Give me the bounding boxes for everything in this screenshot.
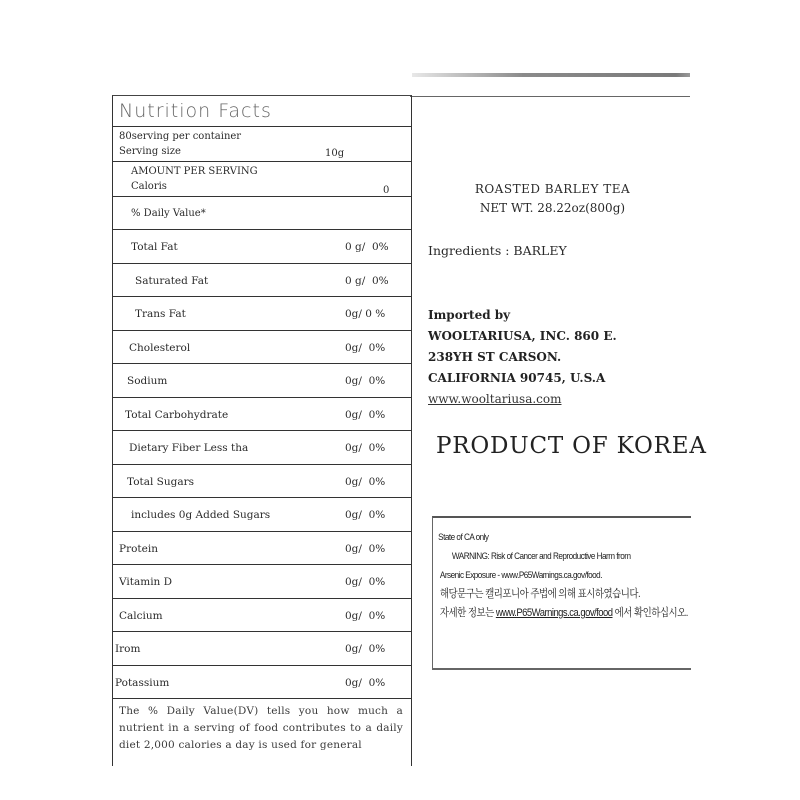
- nutrition-facts-title: Nutrition Facts: [113, 96, 411, 127]
- nutrient-amount: 0g/ 0%: [345, 342, 385, 354]
- nutrient-row: Dietary Fiber Less tha0g/ 0%: [113, 431, 411, 465]
- nutrition-facts-panel: Nutrition Facts 80serving per container …: [112, 95, 412, 766]
- importer-website-link[interactable]: www.wooltariusa.com: [428, 392, 562, 406]
- ingredients: Ingredients : BARLEY: [428, 243, 567, 258]
- importer-line-1: WOOLTARIUSA, INC. 860 E.: [428, 326, 617, 347]
- top-edge-line: [412, 73, 690, 77]
- nutrient-amount: 0g/ 0%: [345, 476, 385, 488]
- warning-text-1: WARNING: Risk of Cancer and Reproductive…: [433, 547, 655, 566]
- nutrient-amount: 0g/ 0%: [345, 409, 385, 421]
- net-weight: NET WT. 28.22oz(800g): [410, 199, 695, 218]
- daily-value-footnote: The % Daily Value(DV) tells you how much…: [113, 699, 411, 754]
- nutrient-label: Vitamin D: [119, 576, 172, 588]
- nutrient-label: Trans Fat: [135, 308, 186, 320]
- nutrient-label: Dietary Fiber Less tha: [129, 442, 248, 454]
- amount-per-serving: AMOUNT PER SERVING Caloris 0: [113, 162, 411, 197]
- calories-value: 0: [383, 183, 389, 198]
- warning-korean-suffix: 에서 확인하십시오.: [612, 607, 687, 619]
- nutrient-row: Trans Fat0g/ 0 %: [113, 297, 411, 331]
- nutrient-amount: 0g/ 0%: [345, 610, 385, 622]
- nutrient-label: Sodium: [127, 375, 167, 387]
- nutrient-row: Total Fat0 g/ 0%: [113, 230, 411, 264]
- amount-per-serving-label: AMOUNT PER SERVING: [131, 164, 405, 179]
- nutrient-amount: 0g/ 0%: [345, 509, 385, 521]
- nutrient-label: Total Carbohydrate: [125, 409, 228, 421]
- serving-info: 80serving per container Serving size 10g: [113, 127, 411, 162]
- serving-size-label: Serving size: [119, 144, 405, 159]
- nutrient-label: Potassium: [115, 677, 169, 689]
- nutrient-amount: 0 g/ 0%: [345, 241, 389, 253]
- nutrient-label: Total Sugars: [127, 476, 194, 488]
- nutrient-amount: 0g/ 0%: [345, 375, 385, 387]
- nutrient-rows: Total Fat0 g/ 0%Saturated Fat0 g/ 0%Tran…: [113, 230, 411, 699]
- nutrient-label: Saturated Fat: [135, 275, 208, 287]
- nutrient-row: Sodium0g/ 0%: [113, 364, 411, 398]
- nutrient-row: Irom0g/ 0%: [113, 632, 411, 666]
- warning-korean-prefix: 자세한 정보는: [440, 607, 496, 619]
- product-name: ROASTED BARLEY TEA: [410, 180, 695, 199]
- nutrient-label: Total Fat: [131, 241, 178, 253]
- daily-value-header: % Daily Value*: [113, 197, 411, 230]
- right-panel-top-border: [410, 96, 690, 97]
- nutrient-amount: 0g/ 0%: [345, 543, 385, 555]
- nutrient-label: Protein: [119, 543, 158, 555]
- warning-text-2: Arsenic Exposure - www.P65Warnings.ca.go…: [433, 566, 655, 585]
- warning-state-note: State of CA only: [433, 528, 655, 547]
- servings-per-container: 80serving per container: [119, 129, 405, 144]
- calories-label: Caloris: [131, 179, 405, 194]
- nutrient-amount: 0g/ 0 %: [345, 308, 385, 320]
- serving-size-value: 10g: [325, 146, 344, 161]
- nutrient-row: Potassium0g/ 0%: [113, 666, 411, 700]
- nutrient-amount: 0g/ 0%: [345, 643, 385, 655]
- p65-warnings-link[interactable]: www.P65Warnings.ca.gov/food: [496, 607, 613, 619]
- nutrient-label: includes 0g Added Sugars: [131, 509, 270, 521]
- nutrient-row: Total Sugars0g/ 0%: [113, 465, 411, 499]
- importer-heading: Imported by: [428, 305, 617, 326]
- nutrient-amount: 0g/ 0%: [345, 677, 385, 689]
- daily-value-label: % Daily Value*: [131, 206, 206, 221]
- nutrient-row: Calcium0g/ 0%: [113, 599, 411, 633]
- product-header: ROASTED BARLEY TEA NET WT. 28.22oz(800g): [410, 180, 695, 218]
- prop65-warning-box: State of CA only WARNING: Risk of Cancer…: [432, 516, 691, 670]
- nutrient-label: Calcium: [119, 610, 163, 622]
- nutrient-row: Total Carbohydrate0g/ 0%: [113, 398, 411, 432]
- product-origin: PRODUCT OF KOREA: [436, 433, 707, 459]
- warning-korean-2: 자세한 정보는 www.P65Warnings.ca.gov/food 에서 확…: [433, 604, 655, 623]
- importer-line-3: CALIFORNIA 90745, U.S.A: [428, 368, 617, 389]
- nutrient-amount: 0g/ 0%: [345, 576, 385, 588]
- nutrient-amount: 0g/ 0%: [345, 442, 385, 454]
- nutrient-amount: 0 g/ 0%: [345, 275, 389, 287]
- importer-block: Imported by WOOLTARIUSA, INC. 860 E. 238…: [428, 305, 617, 410]
- nutrient-row: Cholesterol0g/ 0%: [113, 331, 411, 365]
- nutrient-label: Cholesterol: [129, 342, 190, 354]
- nutrient-row: Protein0g/ 0%: [113, 532, 411, 566]
- nutrient-row: includes 0g Added Sugars0g/ 0%: [113, 498, 411, 532]
- nutrient-label: Irom: [115, 643, 140, 655]
- nutrient-row: Saturated Fat0 g/ 0%: [113, 264, 411, 298]
- nutrient-row: Vitamin D0g/ 0%: [113, 565, 411, 599]
- warning-korean-1: 해당문구는 캘리포니아 주법에 의해 표시하였습니다.: [433, 585, 655, 604]
- importer-line-2: 238YH ST CARSON.: [428, 347, 617, 368]
